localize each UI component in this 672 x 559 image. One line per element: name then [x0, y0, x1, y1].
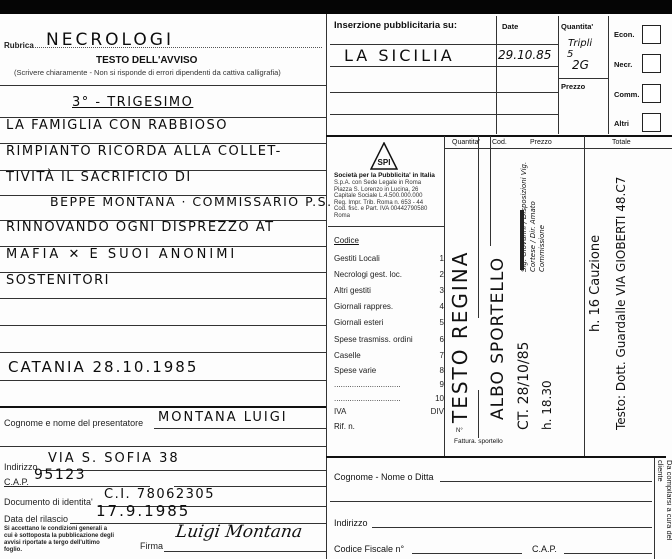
code-label: Spese trasmiss. ordini — [334, 335, 413, 344]
terms-note: Si accettano le condizioni generali a cu… — [4, 526, 114, 554]
billing-address-field[interactable] — [372, 527, 652, 528]
section-divider — [326, 135, 672, 137]
billing-name-field[interactable] — [440, 481, 652, 482]
handwritten-note: h. 16 Cauzione — [588, 152, 603, 332]
necr-checkbox[interactable] — [642, 54, 661, 73]
billing-address-label: Indirizzo — [334, 518, 368, 528]
notice-title: TESTO DELL'AVVISO — [96, 55, 197, 66]
notice-line: SOSTENITORI — [6, 273, 110, 288]
code-row: Altri gestiti3 — [334, 286, 444, 295]
code-label: Giornali esteri — [334, 318, 383, 327]
handwritten-note: Sig. Giovanni / Disposizioni Vig. Cortes… — [520, 152, 547, 272]
handwritten-provisions: Sig. Giovanni / Disposizioni Vig. Cortes… — [520, 152, 578, 272]
code-row: IVADIV — [334, 407, 444, 416]
code-label: Gestiti Locali — [334, 254, 380, 263]
code-num: 10 — [435, 394, 444, 403]
code-label: .............................. — [334, 394, 401, 403]
id-document-field[interactable]: C.I. 78062305 — [104, 487, 215, 502]
notice-line: MAFIA ✕ E SUOI ANONIMI — [6, 247, 237, 262]
handwritten-note: CT. 28/10/85 — [516, 270, 532, 430]
table-rule — [558, 78, 608, 79]
rubrica-line — [32, 47, 322, 48]
column-header-price: Prezzo — [530, 139, 552, 146]
text-rule — [0, 298, 326, 299]
handwritten-note: Testo: Dott. Guardalle VIA GIOBERTI 48.C… — [614, 160, 629, 430]
table-rule — [330, 92, 558, 93]
code-row: Necrologi gest. loc.2 — [334, 270, 444, 279]
category-label: Comm. — [614, 90, 639, 99]
table-rule — [330, 66, 558, 67]
company-details: S.p.A. con Sede Legale in Roma Piazza S.… — [334, 180, 427, 219]
company-detail: Roma — [334, 213, 427, 220]
text-rule — [0, 325, 326, 326]
column-divider — [478, 136, 479, 318]
code-row: Spese varie8 — [334, 366, 444, 375]
rif-label: Rif. n. — [334, 422, 355, 431]
text-rule — [0, 352, 326, 353]
column-header-total: Totale — [612, 139, 631, 146]
text-rule — [0, 380, 326, 381]
quantity-line: Tripli — [568, 38, 592, 49]
codice-label: Codice — [334, 236, 359, 245]
notice-subtitle: (Scrivere chiaramente - Non si risponde … — [14, 68, 281, 77]
field-line — [0, 446, 326, 447]
code-row: Spese trasmiss. ordini6 — [334, 335, 444, 344]
issue-date-label: Data del rilascio — [4, 514, 68, 524]
invoice-no-label: N° — [456, 428, 463, 434]
insertion-label: Inserzione pubblicitaria su: — [334, 20, 457, 31]
address-label: Indirizzo — [4, 462, 38, 472]
code-row: Giornali rappres.4 — [334, 302, 444, 311]
billing-cap-label: C.A.P. — [532, 544, 557, 554]
table-rule — [330, 44, 558, 45]
address-field[interactable]: VIA S. SOFIA 38 — [48, 451, 180, 466]
column-divider — [496, 16, 497, 134]
code-row: Caselle7 — [334, 351, 444, 360]
divider — [0, 406, 326, 408]
quantity-label: Quantita' — [561, 22, 593, 31]
ink-scribble — [520, 210, 524, 270]
notice-line: RIMPIANTO RICORDA ALLA COLLET- — [6, 144, 282, 159]
category-label: Econ. — [614, 30, 634, 39]
code-label: .............................. — [334, 380, 401, 389]
billing-name-label: Cognome - Nome o Ditta — [334, 472, 434, 482]
notice-line: 3° - TRIGESIMO — [72, 95, 193, 110]
id-document-label: Documento di identita' — [4, 497, 93, 507]
tax-code-field[interactable] — [412, 553, 522, 554]
field-line — [164, 551, 326, 552]
econ-checkbox[interactable] — [642, 25, 661, 44]
rubrica-label: Rubrica — [4, 41, 34, 50]
category-label: Necr. — [614, 60, 632, 69]
side-divider — [654, 458, 655, 559]
header-rule — [444, 148, 672, 149]
column-divider — [558, 16, 559, 134]
tax-code-label: Codice Fiscale n° — [334, 544, 404, 554]
divider — [328, 226, 444, 227]
code-label: Caselle — [334, 351, 361, 360]
invoice-label: Fattura. sportello — [454, 438, 503, 445]
code-label: Altri gestiti — [334, 286, 371, 295]
notice-line: RINNOVANDO OGNI DISPREZZO AT — [6, 220, 275, 235]
side-note: Da compilarsi a cura del cliente — [656, 460, 672, 558]
presenter-field[interactable]: MONTANA LUIGI — [158, 410, 288, 425]
company-name: Società per la Pubblicita' in Italia — [334, 172, 435, 179]
divider — [0, 85, 326, 86]
column-header-code: Cod. — [492, 139, 507, 146]
column-divider — [584, 136, 585, 456]
form-separator — [326, 14, 327, 559]
handwritten-note: TESTO REGINA — [448, 158, 472, 423]
category-label: Altri — [614, 119, 629, 128]
signature-label: Firma — [140, 541, 163, 551]
company-detail: Cod. fisc. e Part. IVA 00442790580 — [334, 206, 427, 213]
code-row: Gestiti Locali1 — [334, 254, 444, 263]
newspaper-field[interactable]: LA SICILIA — [344, 46, 455, 65]
cap-field[interactable]: 95123 — [34, 467, 86, 483]
code-label: Spese varie — [334, 366, 376, 375]
column-divider — [478, 390, 479, 438]
notice-line: TIVITÀ IL SACRIFICIO DI — [6, 170, 192, 185]
column-divider — [608, 16, 609, 134]
issue-date-field[interactable]: 17.9.1985 — [96, 502, 190, 520]
date-field[interactable]: 29.10.85 — [498, 48, 551, 62]
handwritten-note: ALBO SPORTELLO — [488, 170, 508, 420]
code-label: Necrologi gest. loc. — [334, 270, 402, 279]
billing-cap-field[interactable] — [564, 553, 652, 554]
code-num: DIV — [431, 407, 444, 416]
signature-field[interactable]: Luigi Montana — [175, 522, 304, 542]
spi-logo-icon: SPI — [370, 142, 398, 170]
altri-checkbox[interactable] — [642, 113, 661, 132]
column-divider — [444, 136, 445, 456]
code-label: Giornali rappres. — [334, 302, 393, 311]
notice-line: LA FAMIGLIA CON RABBIOSO — [6, 118, 228, 133]
company-detail: S.p.A. con Sede Legale in Roma — [334, 180, 427, 187]
notice-line: BEPPE MONTANA · COMMISSARIO P.S. — [50, 194, 333, 209]
comm-checkbox[interactable] — [642, 84, 661, 103]
cap-label: C.A.P. — [4, 477, 29, 487]
scan-top-border — [0, 0, 672, 14]
handwritten-note: h. 18.30 — [540, 320, 554, 430]
code-row: ..............................10 — [334, 394, 444, 403]
column-header-quantity: Quantita' — [452, 139, 480, 146]
price-label: Prezzo — [561, 82, 585, 91]
quantity-line: 2G — [572, 58, 589, 72]
code-row: Giornali esteri5 — [334, 318, 444, 327]
notice-place-date: CATANIA 28.10.1985 — [8, 358, 198, 376]
code-label: IVA — [334, 407, 346, 416]
table-rule — [330, 114, 558, 115]
field-line — [154, 428, 326, 429]
date-label: Date — [502, 22, 518, 31]
company-detail: Capitale Sociale L.4.500.000.000 — [334, 193, 427, 200]
svg-text:SPI: SPI — [378, 158, 391, 167]
billing-name-field-2[interactable] — [330, 501, 652, 502]
presenter-label: Cognome e nome del presentatore — [4, 418, 143, 428]
section-divider — [326, 456, 666, 458]
code-row: ..............................9 — [334, 380, 444, 389]
